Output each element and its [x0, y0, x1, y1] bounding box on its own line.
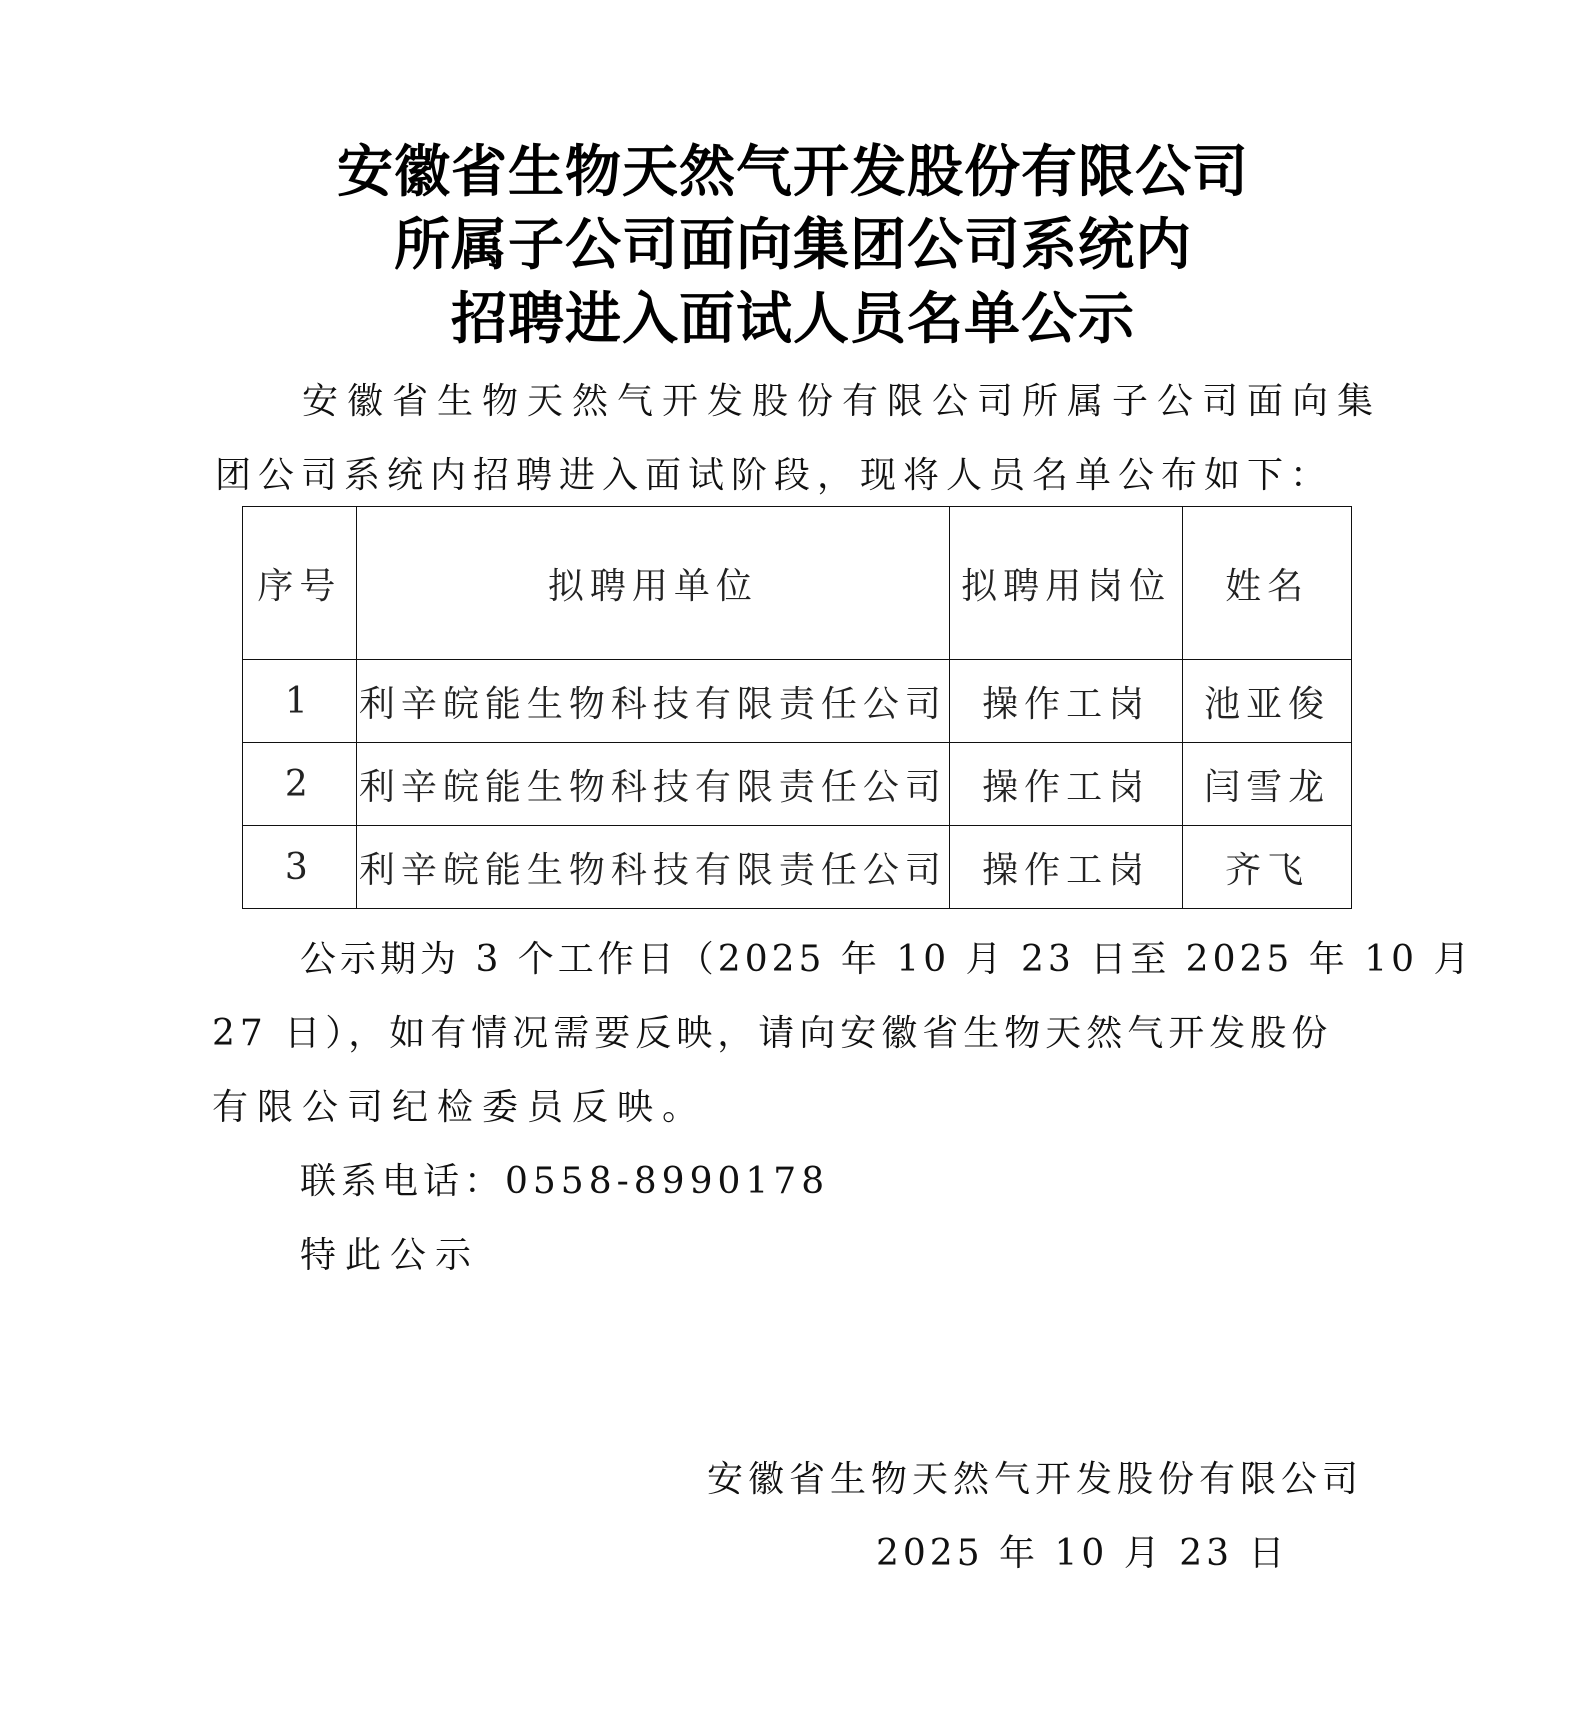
header-name: 姓名 [1183, 507, 1352, 660]
table-row: 3 利辛皖能生物科技有限责任公司 操作工岗 齐飞 [243, 826, 1352, 909]
title-line-2: 所属子公司面向集团公司系统内 [0, 209, 1586, 281]
notice-line-1: 公示期为 3 个工作日（2025 年 10 月 23 日至 2025 年 10 … [300, 940, 1473, 980]
cell-name: 齐飞 [1183, 826, 1352, 909]
header-position: 拟聘用岗位 [950, 507, 1183, 660]
signature-org: 安徽省生物天然气开发股份有限公司 [707, 1460, 1363, 1500]
cell-name: 闫雪龙 [1183, 743, 1352, 826]
cell-no: 2 [243, 743, 357, 826]
cell-unit: 利辛皖能生物科技有限责任公司 [356, 826, 949, 909]
cell-name: 池亚俊 [1183, 660, 1352, 743]
cell-unit: 利辛皖能生物科技有限责任公司 [356, 743, 949, 826]
cell-position: 操作工岗 [950, 743, 1183, 826]
intro-line-1: 安徽省生物天然气开发股份有限公司所属子公司面向集 [302, 382, 1382, 422]
signature-date: 2025 年 10 月 23 日 [876, 1534, 1288, 1574]
cell-position: 操作工岗 [950, 660, 1183, 743]
cell-position: 操作工岗 [950, 826, 1183, 909]
closing-text: 特此公示 [300, 1236, 480, 1276]
table-row: 1 利辛皖能生物科技有限责任公司 操作工岗 池亚俊 [243, 660, 1352, 743]
cell-no: 1 [243, 660, 357, 743]
header-no: 序号 [243, 507, 357, 660]
table-header-row: 序号 拟聘用单位 拟聘用岗位 姓名 [243, 507, 1352, 660]
cell-no: 3 [243, 826, 357, 909]
notice-line-2: 27 日），如有情况需要反映，请向安徽省生物天然气开发股份 [212, 1014, 1332, 1054]
cell-unit: 利辛皖能生物科技有限责任公司 [356, 660, 949, 743]
header-unit: 拟聘用单位 [356, 507, 949, 660]
intro-line-2: 团公司系统内招聘进入面试阶段，现将人员名单公布如下： [215, 456, 1333, 496]
table-row: 2 利辛皖能生物科技有限责任公司 操作工岗 闫雪龙 [243, 743, 1352, 826]
title-line-3: 招聘进入面试人员名单公示 [0, 283, 1586, 355]
contact-phone: 联系电话：0558-8990178 [300, 1162, 829, 1202]
notice-line-3: 有限公司纪检委员反映。 [212, 1088, 707, 1128]
candidate-table: 序号 拟聘用单位 拟聘用岗位 姓名 1 利辛皖能生物科技有限责任公司 操作工岗 … [242, 506, 1352, 909]
title-line-1: 安徽省生物天然气开发股份有限公司 [0, 136, 1586, 208]
